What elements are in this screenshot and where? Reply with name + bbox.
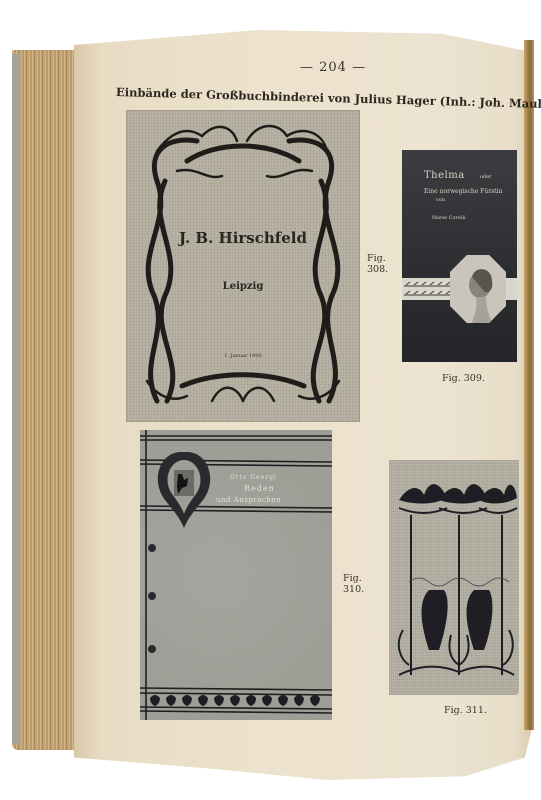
fig-label-number: 310. bbox=[343, 584, 364, 595]
cover-title: Reden bbox=[244, 484, 275, 493]
fig-label-line: Fig. bbox=[343, 573, 364, 584]
book-cover-edge bbox=[12, 54, 20, 744]
woman-portrait-icon bbox=[450, 255, 506, 323]
cover-title: Thelma bbox=[424, 170, 465, 181]
cover-connector: oder bbox=[480, 174, 492, 180]
floral-stems-ornament bbox=[389, 460, 519, 695]
fig-label-line: Fig. bbox=[367, 253, 388, 264]
figure-311-label: Fig. 311. bbox=[444, 705, 487, 716]
figure-308-label: Fig. 308. bbox=[367, 253, 388, 275]
cover-date: 1. Januar 1900 bbox=[127, 353, 359, 359]
facing-page-edge bbox=[524, 40, 534, 730]
cover-city: Leipzig bbox=[127, 281, 359, 292]
cover-author: Otto Georgi bbox=[230, 474, 277, 481]
vine-border-ornament bbox=[127, 111, 359, 421]
cover-author: Marie Corelli bbox=[432, 215, 466, 221]
cover-byline: von bbox=[436, 197, 445, 203]
figure-311-cover bbox=[389, 460, 519, 695]
cover-subtitle: und Ansprachen bbox=[216, 496, 281, 504]
figure-309-cover: Thelma oder Eine norwegische Fürstin von… bbox=[402, 150, 517, 362]
figure-310-cover: Otto Georgi Reden und Ansprachen bbox=[140, 430, 332, 720]
cover-subtitle: Eine norwegische Fürstin bbox=[424, 188, 502, 195]
page-number: — 204 — bbox=[300, 60, 366, 75]
figure-308-cover: J. B. Hirschfeld Leipzig 1. Januar 1900 bbox=[126, 110, 360, 422]
fig-label-number: 308. bbox=[367, 264, 388, 275]
figure-309-label: Fig. 309. bbox=[442, 373, 485, 384]
cover-title: J. B. Hirschfeld bbox=[127, 229, 359, 247]
figure-310-label: Fig. 310. bbox=[343, 573, 364, 595]
book-page-edges bbox=[12, 50, 74, 750]
portrait-medallion bbox=[450, 255, 506, 323]
